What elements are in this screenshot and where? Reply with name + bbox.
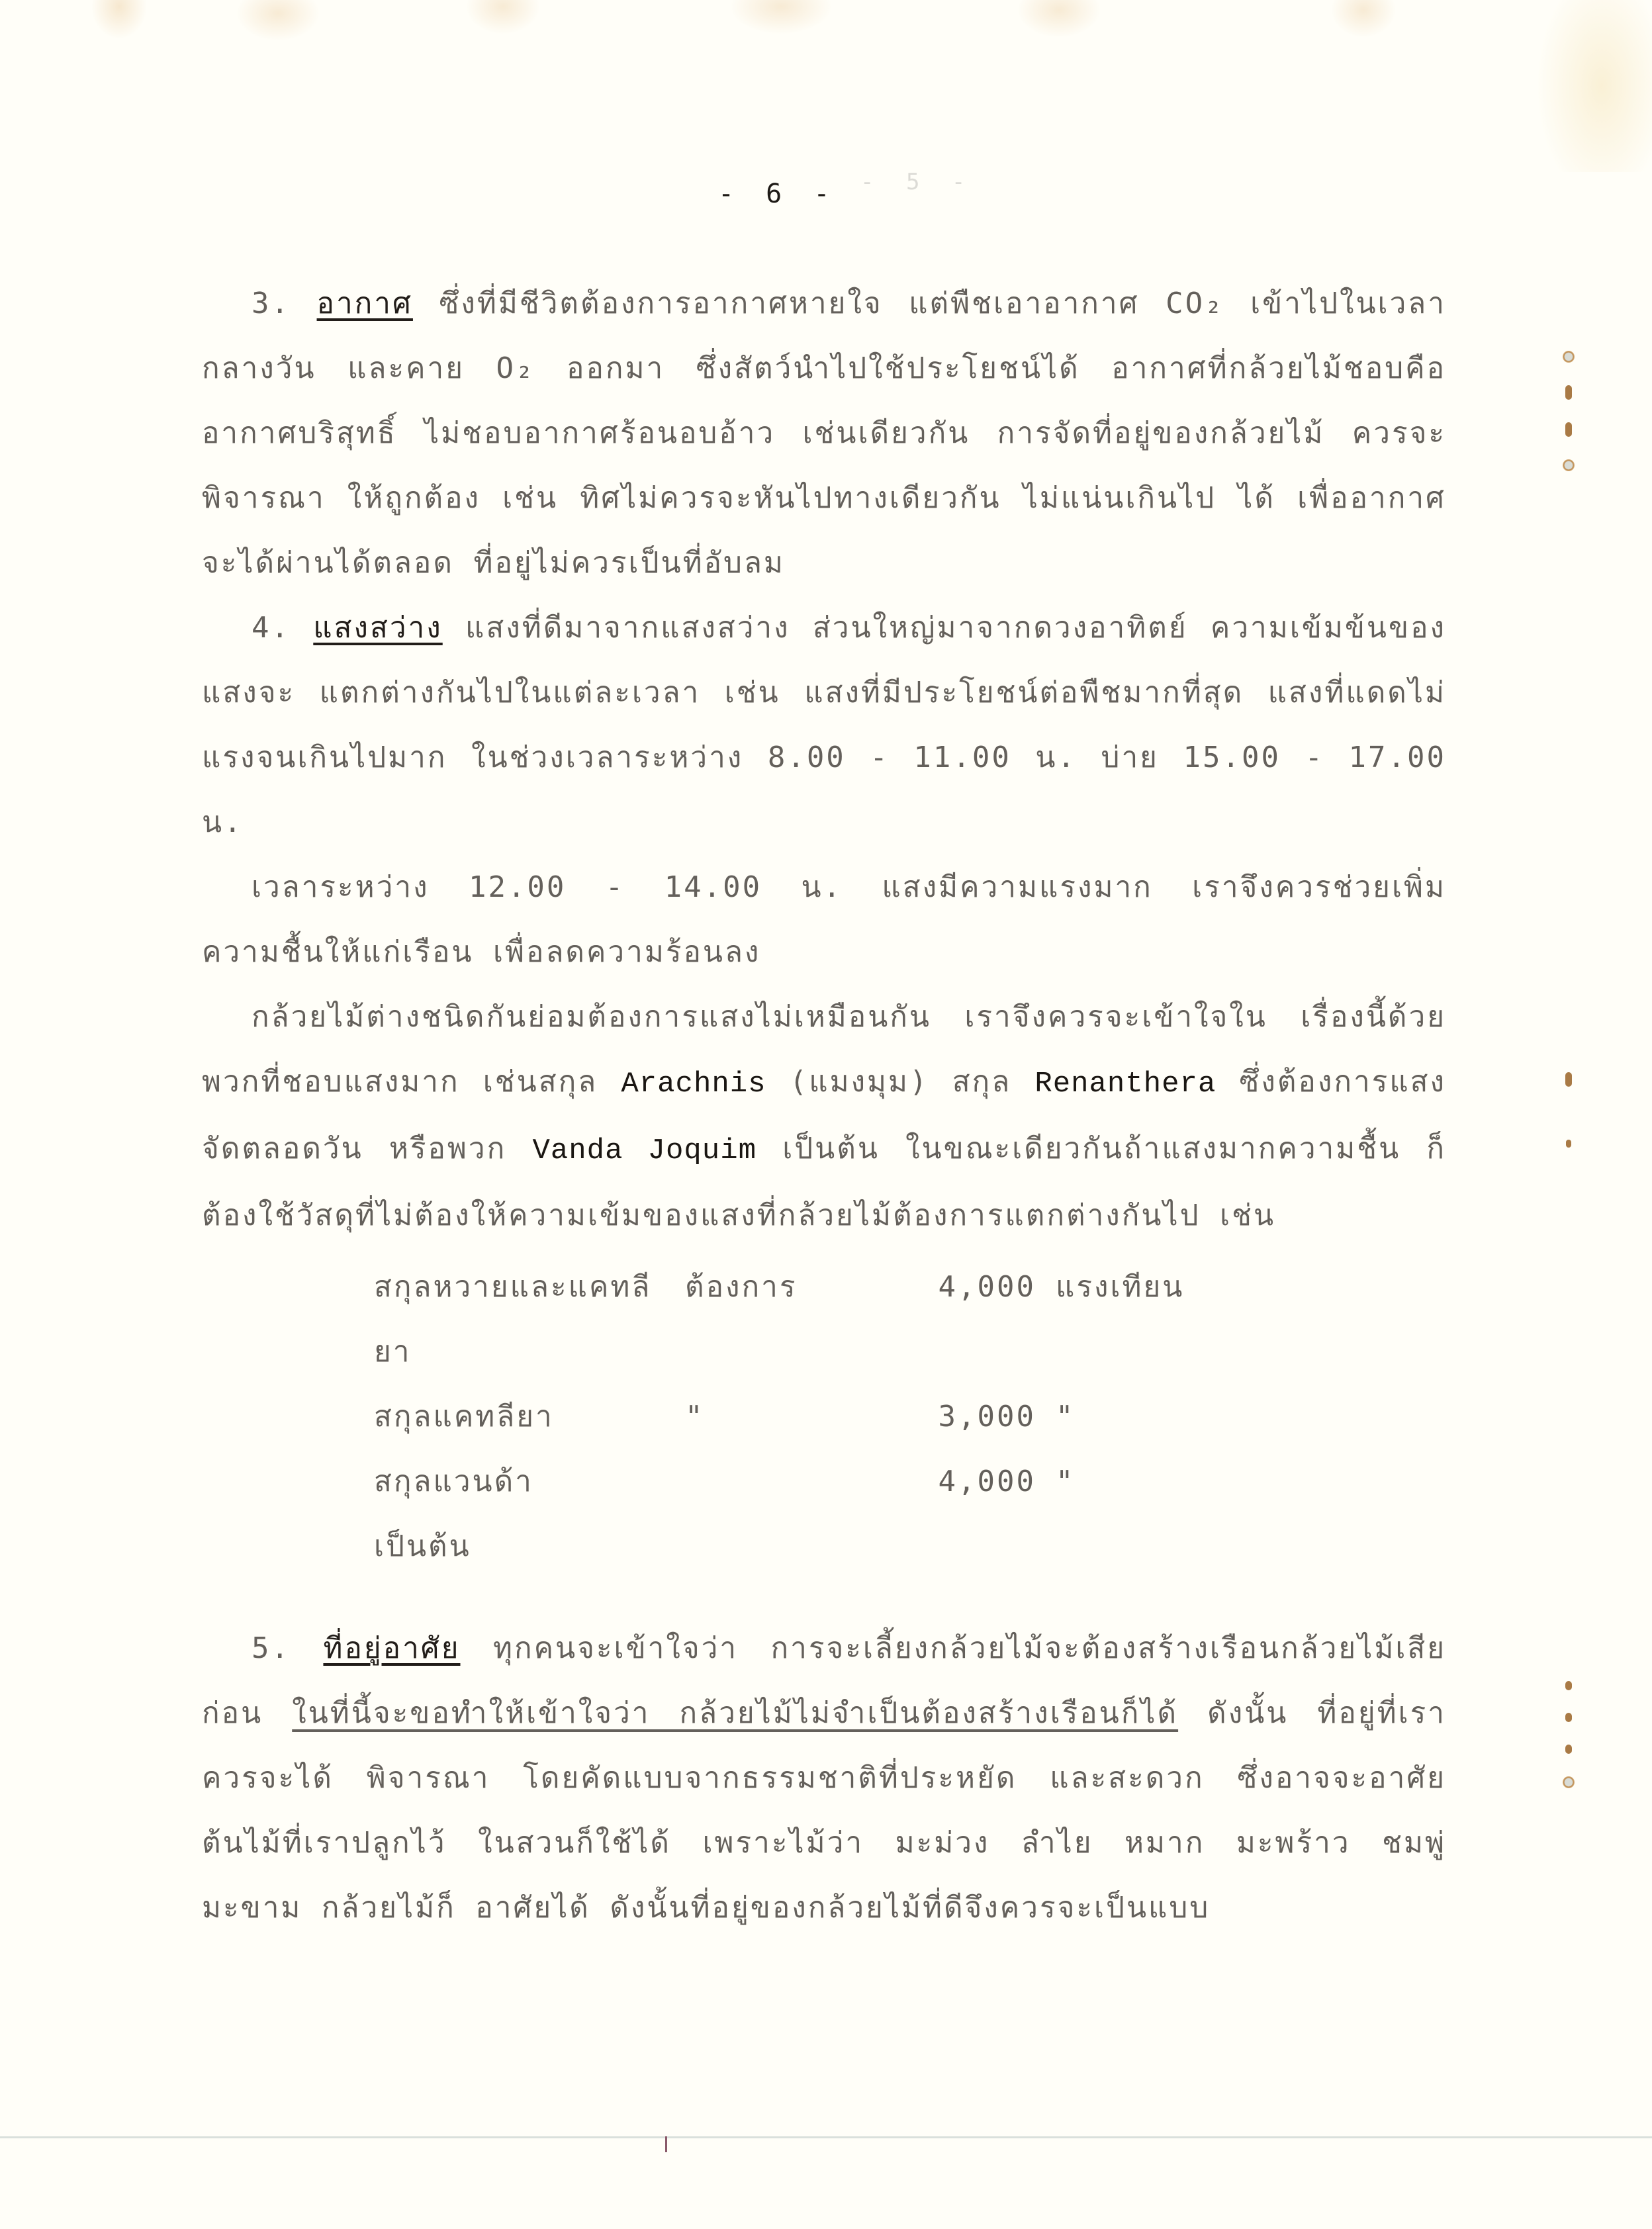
section-number: 5.: [252, 1631, 291, 1665]
table-unit: แรงเทียน: [1056, 1255, 1228, 1385]
text-line: เวลาระหว่าง 12.00 - 14.00 น. แสงมีความแร…: [202, 870, 1446, 969]
table-trailer: เป็นต้น: [374, 1514, 685, 1579]
table-verb: [685, 1449, 857, 1514]
section-number: 3.: [252, 287, 291, 320]
text-line: กลางวัน และคาย O₂ ออกมา ซึ่งสัตว์นำไปใช้…: [202, 351, 1446, 385]
section-heading-light: แสงสว่าง: [313, 611, 442, 645]
section-location: 5. ที่อยู่อาศัย ทุกคนจะเข้าใจว่า การจะเล…: [202, 1616, 1446, 1940]
section-heading-location: ที่อยู่อาศัย: [323, 1631, 460, 1665]
document-body: 3. อากาศ ซึ่งที่มีชีวิตต้องการอากาศหายใจ…: [202, 271, 1446, 1940]
rust-mark-icon: [1565, 1745, 1572, 1754]
rust-mark-icon: [1565, 1681, 1572, 1690]
light-paragraph-species: กล้วยไม้ต่างชนิดกันย่อมต้องการแสงไม่เหมื…: [202, 985, 1446, 1248]
text-line: เป็นต้น ในขณะเดียวกันถ้าแสงมากความชื้น: [782, 1132, 1400, 1165]
light-paragraph-midday: เวลาระหว่าง 12.00 - 14.00 น. แสงมีความแร…: [202, 855, 1446, 985]
rust-mark-icon: [1565, 1072, 1572, 1087]
table-genus: สกุลแคทลียา: [374, 1385, 685, 1449]
section-number: 4.: [252, 611, 291, 645]
text-line: เพื่อลดความร้อนลง: [493, 935, 760, 969]
water-stain: [0, 0, 1652, 172]
table-genus: สกุลแวนด้า: [374, 1449, 685, 1514]
table-verb: ต้องการ: [685, 1255, 857, 1385]
rust-mark-icon: [1565, 1713, 1572, 1722]
binder-hole-icon: [1563, 351, 1575, 363]
genus-word: สกุล: [952, 1065, 1011, 1099]
table-verb: ": [685, 1385, 857, 1449]
section-air: 3. อากาศ ซึ่งที่มีชีวิตต้องการอากาศหายใจ…: [202, 271, 1446, 596]
rust-mark-icon: [1565, 422, 1572, 437]
table-genus: สกุลหวายและแคทลียา: [374, 1255, 685, 1385]
rust-mark-icon: [1565, 385, 1572, 400]
table-value: 4,000: [857, 1255, 1056, 1385]
text-line: ที่อยู่ไม่ควรเป็นที่อับลม: [473, 546, 785, 580]
page-bottom-mark: [665, 2136, 667, 2152]
table-value: 4,000: [857, 1449, 1056, 1514]
section-light: 4. แสงสว่าง แสงที่ดีมาจากแสงสว่าง ส่วนให…: [202, 596, 1446, 855]
underlined-phrase: ในที่นี้จะขอทำให้เข้าใจว่า กล้วยไม้ไม่จำ…: [292, 1696, 1178, 1730]
section-heading-air: อากาศ: [317, 287, 413, 320]
light-requirement-table: สกุลหวายและแคทลียา ต้องการ 4,000 แรงเทีย…: [374, 1255, 1446, 1579]
rust-mark-icon: [1566, 1140, 1571, 1148]
table-unit: ": [1056, 1385, 1228, 1449]
text-line: กล้วยไม้ต่างชนิดกันย่อมต้องการแสงไม่เหมื…: [252, 1000, 1267, 1034]
genus-arachnis-thai: (แมงมุม): [790, 1065, 929, 1099]
text-line: ซึ่งที่มีชีวิตต้องการอากาศหายใจ แต่พืชเอ…: [439, 287, 1446, 320]
binder-holes-middle: [1559, 1072, 1579, 1170]
page-number: - 6 -: [718, 179, 837, 209]
binder-holes-top: [1559, 351, 1579, 494]
binder-holes-bottom: [1559, 1681, 1579, 1811]
text-line: ให้ถูกต้อง เช่น ทิศไม่ควรจะหันไปทางเดียว…: [202, 481, 1446, 580]
table-value: 3,000: [857, 1385, 1056, 1449]
genus-arachnis: Arachnis: [621, 1068, 766, 1101]
species-vanda-joquim: Vanda Joquim: [532, 1134, 757, 1167]
genus-renanthera: Renanthera: [1034, 1068, 1216, 1101]
binder-hole-icon: [1563, 1776, 1575, 1788]
bleed-through-page-number: - 5 -: [860, 169, 974, 195]
page-bottom-edge: [0, 2136, 1652, 2138]
text-line: อาศัยได้ ดังนั้นที่อยู่ของกล้วยไม้ที่ดีจ…: [475, 1891, 1210, 1925]
binder-hole-icon: [1563, 459, 1575, 471]
table-unit: ": [1056, 1449, 1228, 1514]
